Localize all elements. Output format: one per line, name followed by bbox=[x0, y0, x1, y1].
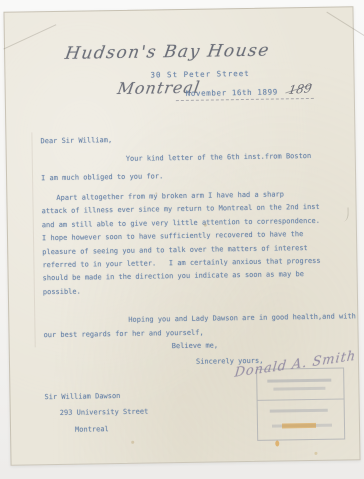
paper-speckle bbox=[131, 441, 134, 444]
valediction-believe-me: Believe me, bbox=[172, 341, 218, 350]
paper-speckle bbox=[155, 192, 157, 194]
archival-stamp bbox=[256, 367, 345, 440]
letter-main-paragraph: Apart altogether from my broken arm I ha… bbox=[41, 187, 349, 299]
paper-crease-left bbox=[31, 132, 35, 347]
scanned-letter: Hudson's Bay House 30 St Peter Street Mo… bbox=[0, 0, 364, 479]
letter-date: November 16th 1899 bbox=[186, 87, 278, 97]
recipient-street: 293 University Street bbox=[60, 408, 149, 417]
recipient-city: Montreal bbox=[75, 425, 109, 434]
letterhead-company-name: Hudson's Bay House bbox=[64, 41, 272, 64]
paper-speckle-orange bbox=[275, 440, 279, 446]
paper-crease-top-left bbox=[3, 24, 56, 49]
letter-closing-paragraph: Hoping you and Lady Dawson are in good h… bbox=[43, 310, 349, 342]
letterhead-printed-year: 189 bbox=[287, 81, 313, 97]
paper-crease-top-right bbox=[326, 12, 364, 40]
letter-paper: Hudson's Bay House 30 St Peter Street Mo… bbox=[3, 6, 360, 465]
recipient-name: Sir William Dawson bbox=[44, 392, 120, 401]
paper-speckle bbox=[314, 452, 317, 455]
typed-line: I am much obliged to you for. bbox=[41, 164, 345, 187]
letterhead-fill-line bbox=[176, 98, 314, 101]
letter-opening-block: Dear Sir William,Your kind letter of the… bbox=[40, 127, 345, 187]
paper-speckle bbox=[204, 224, 207, 227]
